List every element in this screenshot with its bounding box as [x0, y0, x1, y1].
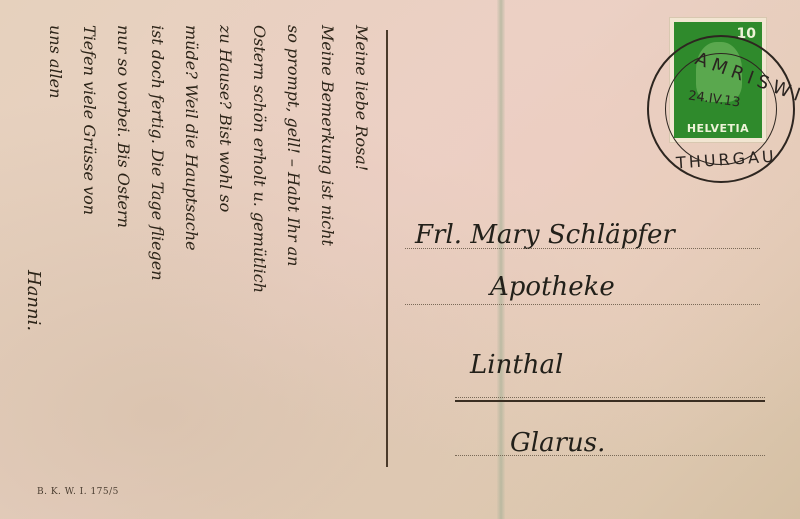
address-recipient: Frl. Mary Schläpfer	[415, 220, 675, 250]
handwritten-message: Meine liebe Rosa! Meine Bemerkung ist ni…	[33, 25, 378, 485]
message-line: so prompt, gell! – Habt Ihr an	[276, 25, 310, 485]
address-business: Apotheke	[490, 272, 615, 302]
message-line: Meine Bemerkung ist nicht	[310, 25, 344, 485]
fold-crease	[497, 0, 505, 519]
message-line: ist doch fertig. Die Tage fliegen	[140, 25, 174, 485]
center-divider-line	[386, 30, 388, 467]
message-line: nur so vorbei. Bis Ostern	[106, 25, 140, 485]
message-line: Meine liebe Rosa!	[344, 25, 378, 485]
address-dotted-line	[455, 455, 765, 456]
address-dotted-line	[455, 397, 765, 398]
print-mark: B. K. W. I. 175/5	[37, 487, 119, 497]
address-dotted-line	[405, 248, 760, 249]
address-town: Linthal	[470, 350, 563, 380]
signature: Hanni.	[23, 270, 44, 331]
message-line: Tiefen viele Grüsse von	[72, 25, 106, 485]
message-line: müde? Weil die Hauptsache	[174, 25, 208, 485]
message-line: uns allen	[38, 25, 72, 485]
message-line: Ostern schön erholt u. gemütlich	[242, 25, 276, 485]
address-canton: Glarus.	[510, 428, 605, 458]
address-underline	[455, 400, 765, 402]
postcard-back: Meine liebe Rosa! Meine Bemerkung ist ni…	[0, 0, 800, 519]
message-line: zu Hause? Bist wohl so	[208, 25, 242, 485]
address-dotted-line	[405, 304, 760, 305]
